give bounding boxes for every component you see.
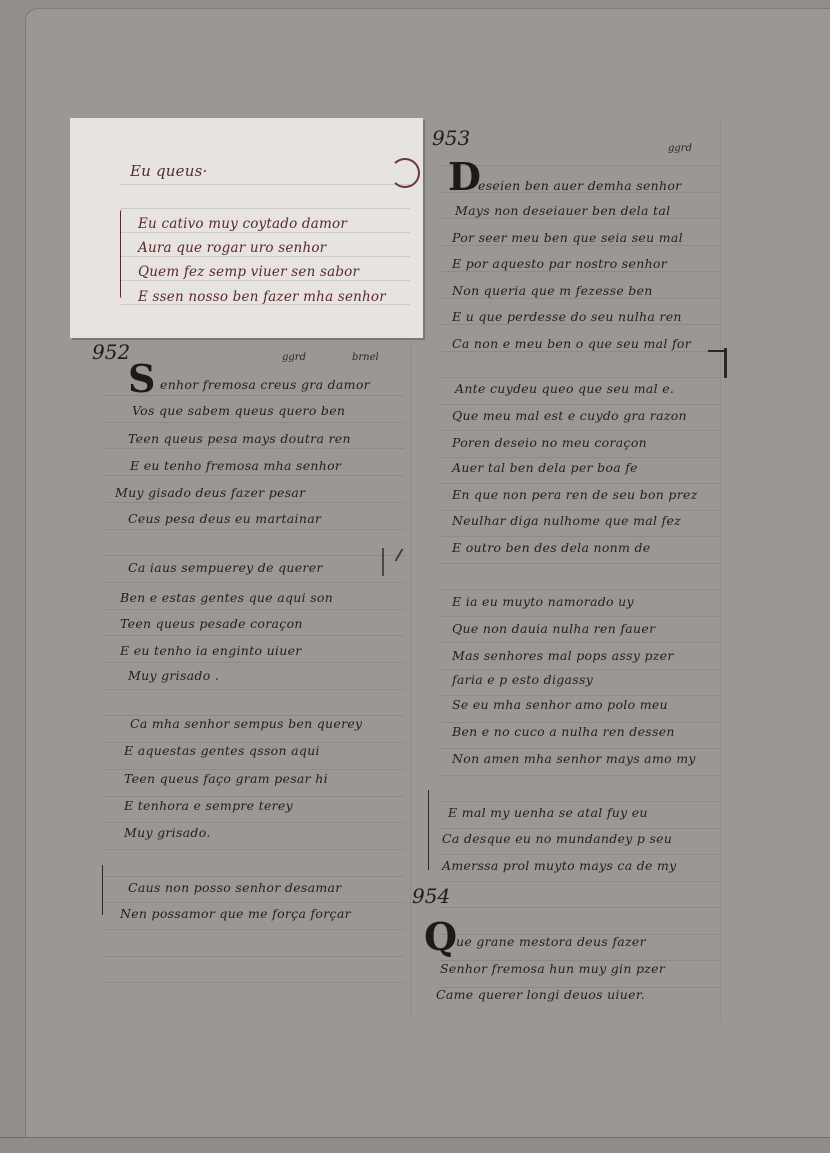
verse-line: Neulhar diga nulhome que mal fez: [452, 513, 681, 528]
ruling-line: [105, 796, 405, 797]
inset-line: Eu cativo muy coytado damor: [138, 216, 347, 232]
verse-line: E u que perdesse do seu nulha ren: [452, 309, 682, 324]
ruling-line: [440, 510, 720, 511]
verse-line: Ca mha senhor sempus ben querey: [130, 716, 362, 731]
inset-rule: [120, 208, 410, 209]
verse-line: Senhor fremosa hun muy gin pzer: [440, 961, 665, 976]
verse-line: Ben e estas gentes que aqui son: [120, 590, 333, 605]
ruling-line: [105, 582, 405, 583]
verse-line: En que non pera ren de seu bon prez: [452, 487, 698, 502]
ruling-line: [440, 245, 720, 246]
ruling-line: [105, 849, 405, 850]
ruling-line: [105, 982, 405, 983]
ruling-line: [440, 324, 720, 325]
ruling-line: [105, 902, 405, 903]
ruling-line: [440, 695, 720, 696]
verse-line: Ca non e meu ben o que seu mal for: [452, 336, 691, 351]
ruling-line: [440, 377, 720, 378]
verse-line: ue grane mestora deus fazer: [456, 934, 646, 949]
inset-line: E ssen nosso ben fazer mha senhor: [138, 289, 386, 305]
verse-line: E eu tenho fremosa mha senhor: [130, 458, 341, 473]
verse-line: E ia eu muyto namorado uy: [452, 594, 634, 609]
verse-line: enhor fremosa creus gra damor: [160, 377, 370, 392]
ruling-line: [440, 351, 720, 352]
ruling-line: [440, 642, 720, 643]
verse-line: Muy grisado .: [128, 668, 219, 683]
ruling-line: [105, 555, 405, 556]
verse-line: Ben e no cuco a nulha ren dessen: [452, 724, 675, 739]
ruling-line: [105, 502, 405, 503]
inset-title: Eu queus·: [130, 162, 207, 180]
verse-line: Teen queus faço gram pesar hi: [124, 771, 328, 786]
verse-line: Caus non posso senhor desamar: [128, 880, 342, 895]
inset-rule: [120, 232, 410, 233]
circle-mark-icon: [390, 158, 420, 188]
ruling-line: [440, 881, 720, 882]
verse-line: Came querer longi deuos uiuer.: [436, 987, 645, 1002]
verse-line: Ca iaus sempuerey de querer: [128, 560, 323, 575]
verse-line: Ante cuydeu queo que seu mal e.: [455, 381, 674, 396]
ruling-line: [440, 218, 720, 219]
verse-line: Non queria que m fezesse ben: [452, 283, 653, 298]
inset-rule: [120, 256, 410, 257]
poem-number-954: 954: [412, 884, 450, 908]
inset-line: Aura que rogar uro senhor: [138, 240, 326, 256]
ruling-line: [105, 769, 405, 770]
ruling-line: [440, 536, 720, 537]
margin-bracket-icon: [102, 865, 103, 915]
ruling-line: [440, 430, 720, 431]
verse-line: E aquestas gentes qsson aqui: [124, 743, 320, 758]
ruling-line: [105, 822, 405, 823]
verse-line: Teen queus pesa mays doutra ren: [128, 431, 351, 446]
ruling-line: [440, 165, 720, 166]
ruling-line: [105, 689, 405, 690]
ruling-line: [440, 775, 720, 776]
margin-mark-icon: [708, 350, 724, 352]
inset-line: Quem fez semp viuer sen sabor: [138, 264, 359, 280]
verse-line: E tenhora e sempre terey: [124, 798, 293, 813]
ruling-line: [105, 609, 405, 610]
margin-bracket-icon: [120, 210, 124, 298]
inset-rule: [120, 184, 410, 185]
verse-line: Non amen mha senhor mays amo my: [452, 751, 696, 766]
ruling-line: [440, 483, 720, 484]
ruling-line: [105, 448, 405, 449]
verse-line: E mal my uenha se atal fuy eu: [448, 805, 648, 820]
ruling-line: [440, 563, 720, 564]
ruling-line: [440, 271, 720, 272]
verse-line: Amerssa prol muyto mays ca de my: [442, 858, 677, 873]
marginal-note: ggrd: [668, 143, 692, 154]
verse-line: Nen possamor que me força forçar: [120, 906, 351, 921]
ruling-line: [105, 876, 405, 877]
ruling-line: [440, 669, 720, 670]
verse-line: Vos que sabem queus quero ben: [132, 403, 345, 418]
decorated-initial: S: [128, 360, 155, 398]
page-bottom-edge: [0, 1137, 830, 1153]
verse-line: faria e p esto digassy: [452, 672, 593, 687]
margin-mark-icon: [382, 548, 384, 576]
verse-line: Muy grisado.: [124, 825, 211, 840]
ruling-line: [105, 475, 405, 476]
verse-line: Se eu mha senhor amo polo meu: [452, 697, 668, 712]
verse-line: Que meu mal est e cuydo gra razon: [452, 408, 687, 423]
verse-line: Muy gisado deus fazer pesar: [115, 485, 305, 500]
ruling-line: [105, 635, 405, 636]
margin-bracket-icon: [428, 790, 429, 870]
ruling-line: [720, 120, 721, 1020]
margin-mark-icon: [724, 348, 727, 378]
poem-number-952: 952: [92, 340, 130, 364]
marginal-note: brnel: [352, 352, 379, 363]
ruling-line: [440, 907, 720, 908]
ruling-line: [440, 404, 720, 405]
verse-line: eseien ben auer demha senhor: [478, 178, 681, 193]
inset-rule: [120, 280, 410, 281]
verse-line: Que non dauia nulha ren fauer: [452, 621, 655, 636]
verse-line: E outro ben des dela nonm de: [452, 540, 650, 555]
ruling-line: [440, 854, 720, 855]
ruling-line: [440, 616, 720, 617]
decorated-initial: D: [448, 158, 481, 196]
ruling-line: [440, 722, 720, 723]
verse-line: Auer tal ben dela per boa fe: [452, 460, 638, 475]
ruling-line: [440, 298, 720, 299]
verse-line: Ca desque eu no mundandey p seu: [442, 831, 672, 846]
verse-line: Poren deseio no meu coraçon: [452, 435, 647, 450]
ruling-line: [105, 422, 405, 423]
ruling-line: [105, 529, 405, 530]
ruling-line: [440, 828, 720, 829]
verse-line: Mays non deseiauer ben dela tal: [455, 203, 670, 218]
poem-number-953: 953: [432, 126, 470, 150]
verse-line: E eu tenho ia enginto uiuer: [120, 643, 302, 658]
ruling-line: [440, 457, 720, 458]
verse-line: Mas senhores mal pops assy pzer: [452, 648, 674, 663]
ruling-line: [440, 589, 720, 590]
color-inset-detail: Eu queus· Eu cativo muy coytado damor Au…: [70, 118, 423, 338]
ruling-line: [105, 662, 405, 663]
marginal-note: ggrd: [282, 352, 306, 363]
verse-line: Ceus pesa deus eu martainar: [128, 511, 321, 526]
ruling-line: [440, 801, 720, 802]
ruling-line: [105, 929, 405, 930]
decorated-initial: Q: [424, 918, 457, 956]
verse-line: Teen queus pesade coraçon: [120, 616, 303, 631]
ruling-line: [440, 748, 720, 749]
verse-line: Por seer meu ben que seia seu mal: [452, 230, 683, 245]
ruling-line: [105, 956, 405, 957]
verse-line: E por aquesto par nostro senhor: [452, 256, 667, 271]
